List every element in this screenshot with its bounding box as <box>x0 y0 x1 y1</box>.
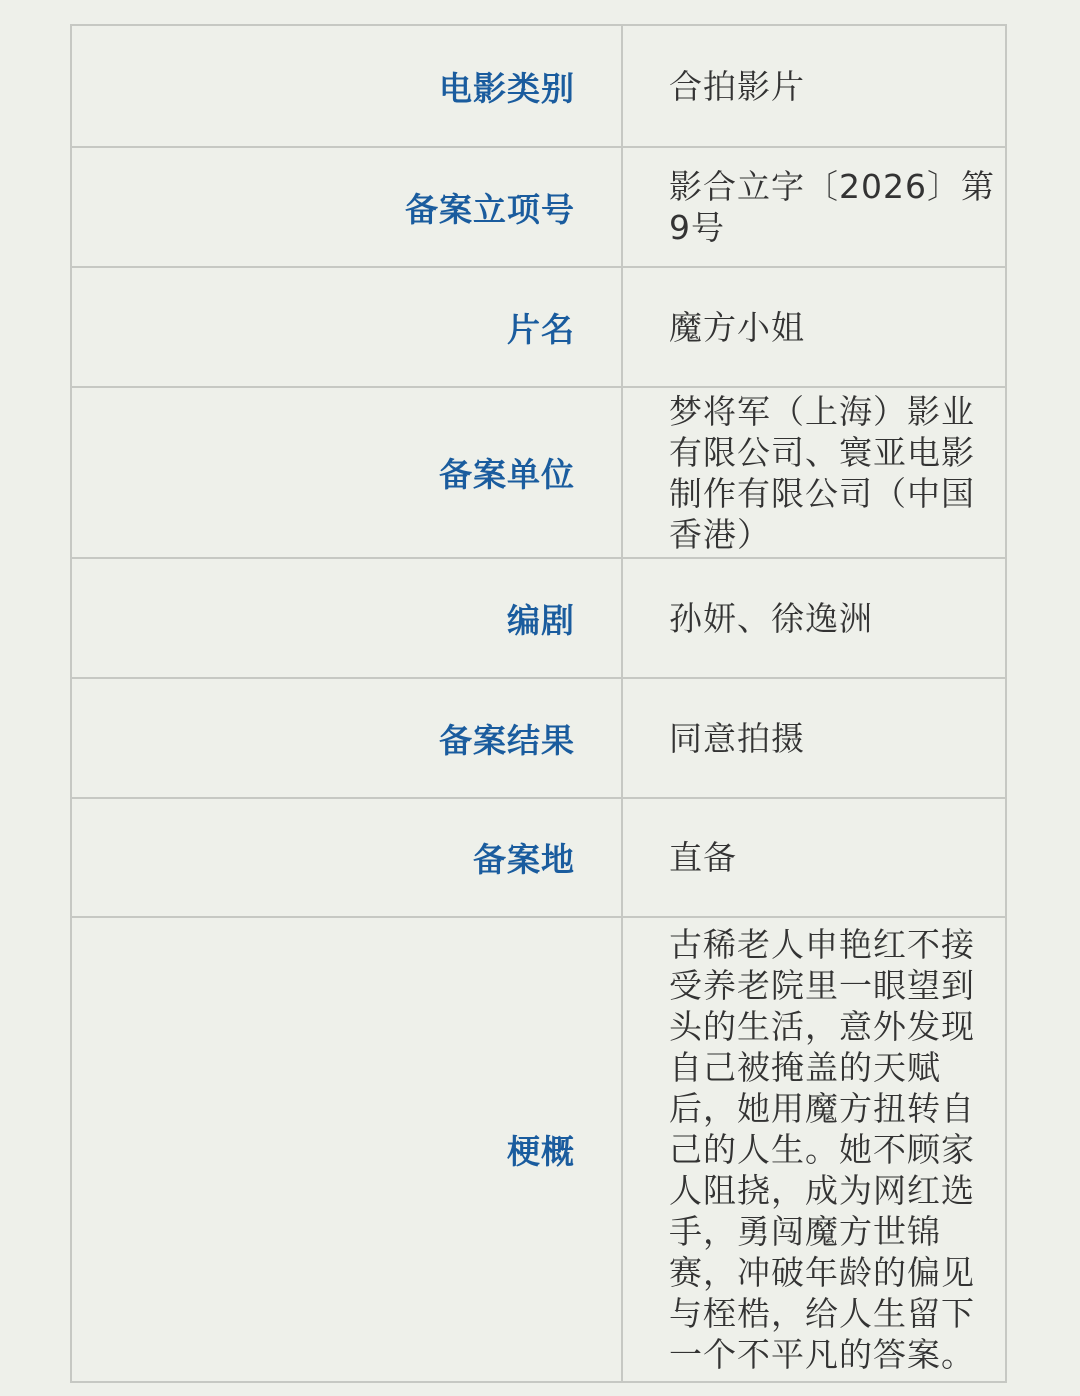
row-value: 影合立字〔2026〕第9号 <box>623 148 1005 266</box>
row-label: 电影类别 <box>72 26 623 146</box>
table-row-film-title: 片名 魔方小姐 <box>72 266 1005 386</box>
table-row-record-result: 备案结果 同意拍摄 <box>72 677 1005 797</box>
row-value: 合拍影片 <box>623 26 1005 146</box>
table-row-synopsis: 梗概 古稀老人申艳红不接受养老院里一眼望到头的生活，意外发现自己被掩盖的天赋后，… <box>72 916 1005 1381</box>
row-label: 备案结果 <box>72 679 623 797</box>
row-label: 备案单位 <box>72 388 623 557</box>
table-row-screenwriter: 编剧 孙妍、徐逸洲 <box>72 557 1005 677</box>
table-row-record-location: 备案地 直备 <box>72 797 1005 916</box>
row-value: 魔方小姐 <box>623 268 1005 386</box>
row-label: 片名 <box>72 268 623 386</box>
table-row-film-category: 电影类别 合拍影片 <box>72 26 1005 146</box>
film-record-table: 电影类别 合拍影片 备案立项号 影合立字〔2026〕第9号 片名 魔方小姐 备案… <box>70 24 1007 1383</box>
row-label: 备案地 <box>72 799 623 916</box>
row-label: 梗概 <box>72 918 623 1381</box>
row-value: 梦将军（上海）影业有限公司、寰亚电影制作有限公司（中国香港） <box>623 388 1005 557</box>
table-row-record-unit: 备案单位 梦将军（上海）影业有限公司、寰亚电影制作有限公司（中国香港） <box>72 386 1005 557</box>
table-row-record-number: 备案立项号 影合立字〔2026〕第9号 <box>72 146 1005 266</box>
row-value: 古稀老人申艳红不接受养老院里一眼望到头的生活，意外发现自己被掩盖的天赋后，她用魔… <box>623 918 1005 1381</box>
row-value: 孙妍、徐逸洲 <box>623 559 1005 677</box>
row-value: 同意拍摄 <box>623 679 1005 797</box>
row-value: 直备 <box>623 799 1005 916</box>
row-label: 备案立项号 <box>72 148 623 266</box>
row-label: 编剧 <box>72 559 623 677</box>
